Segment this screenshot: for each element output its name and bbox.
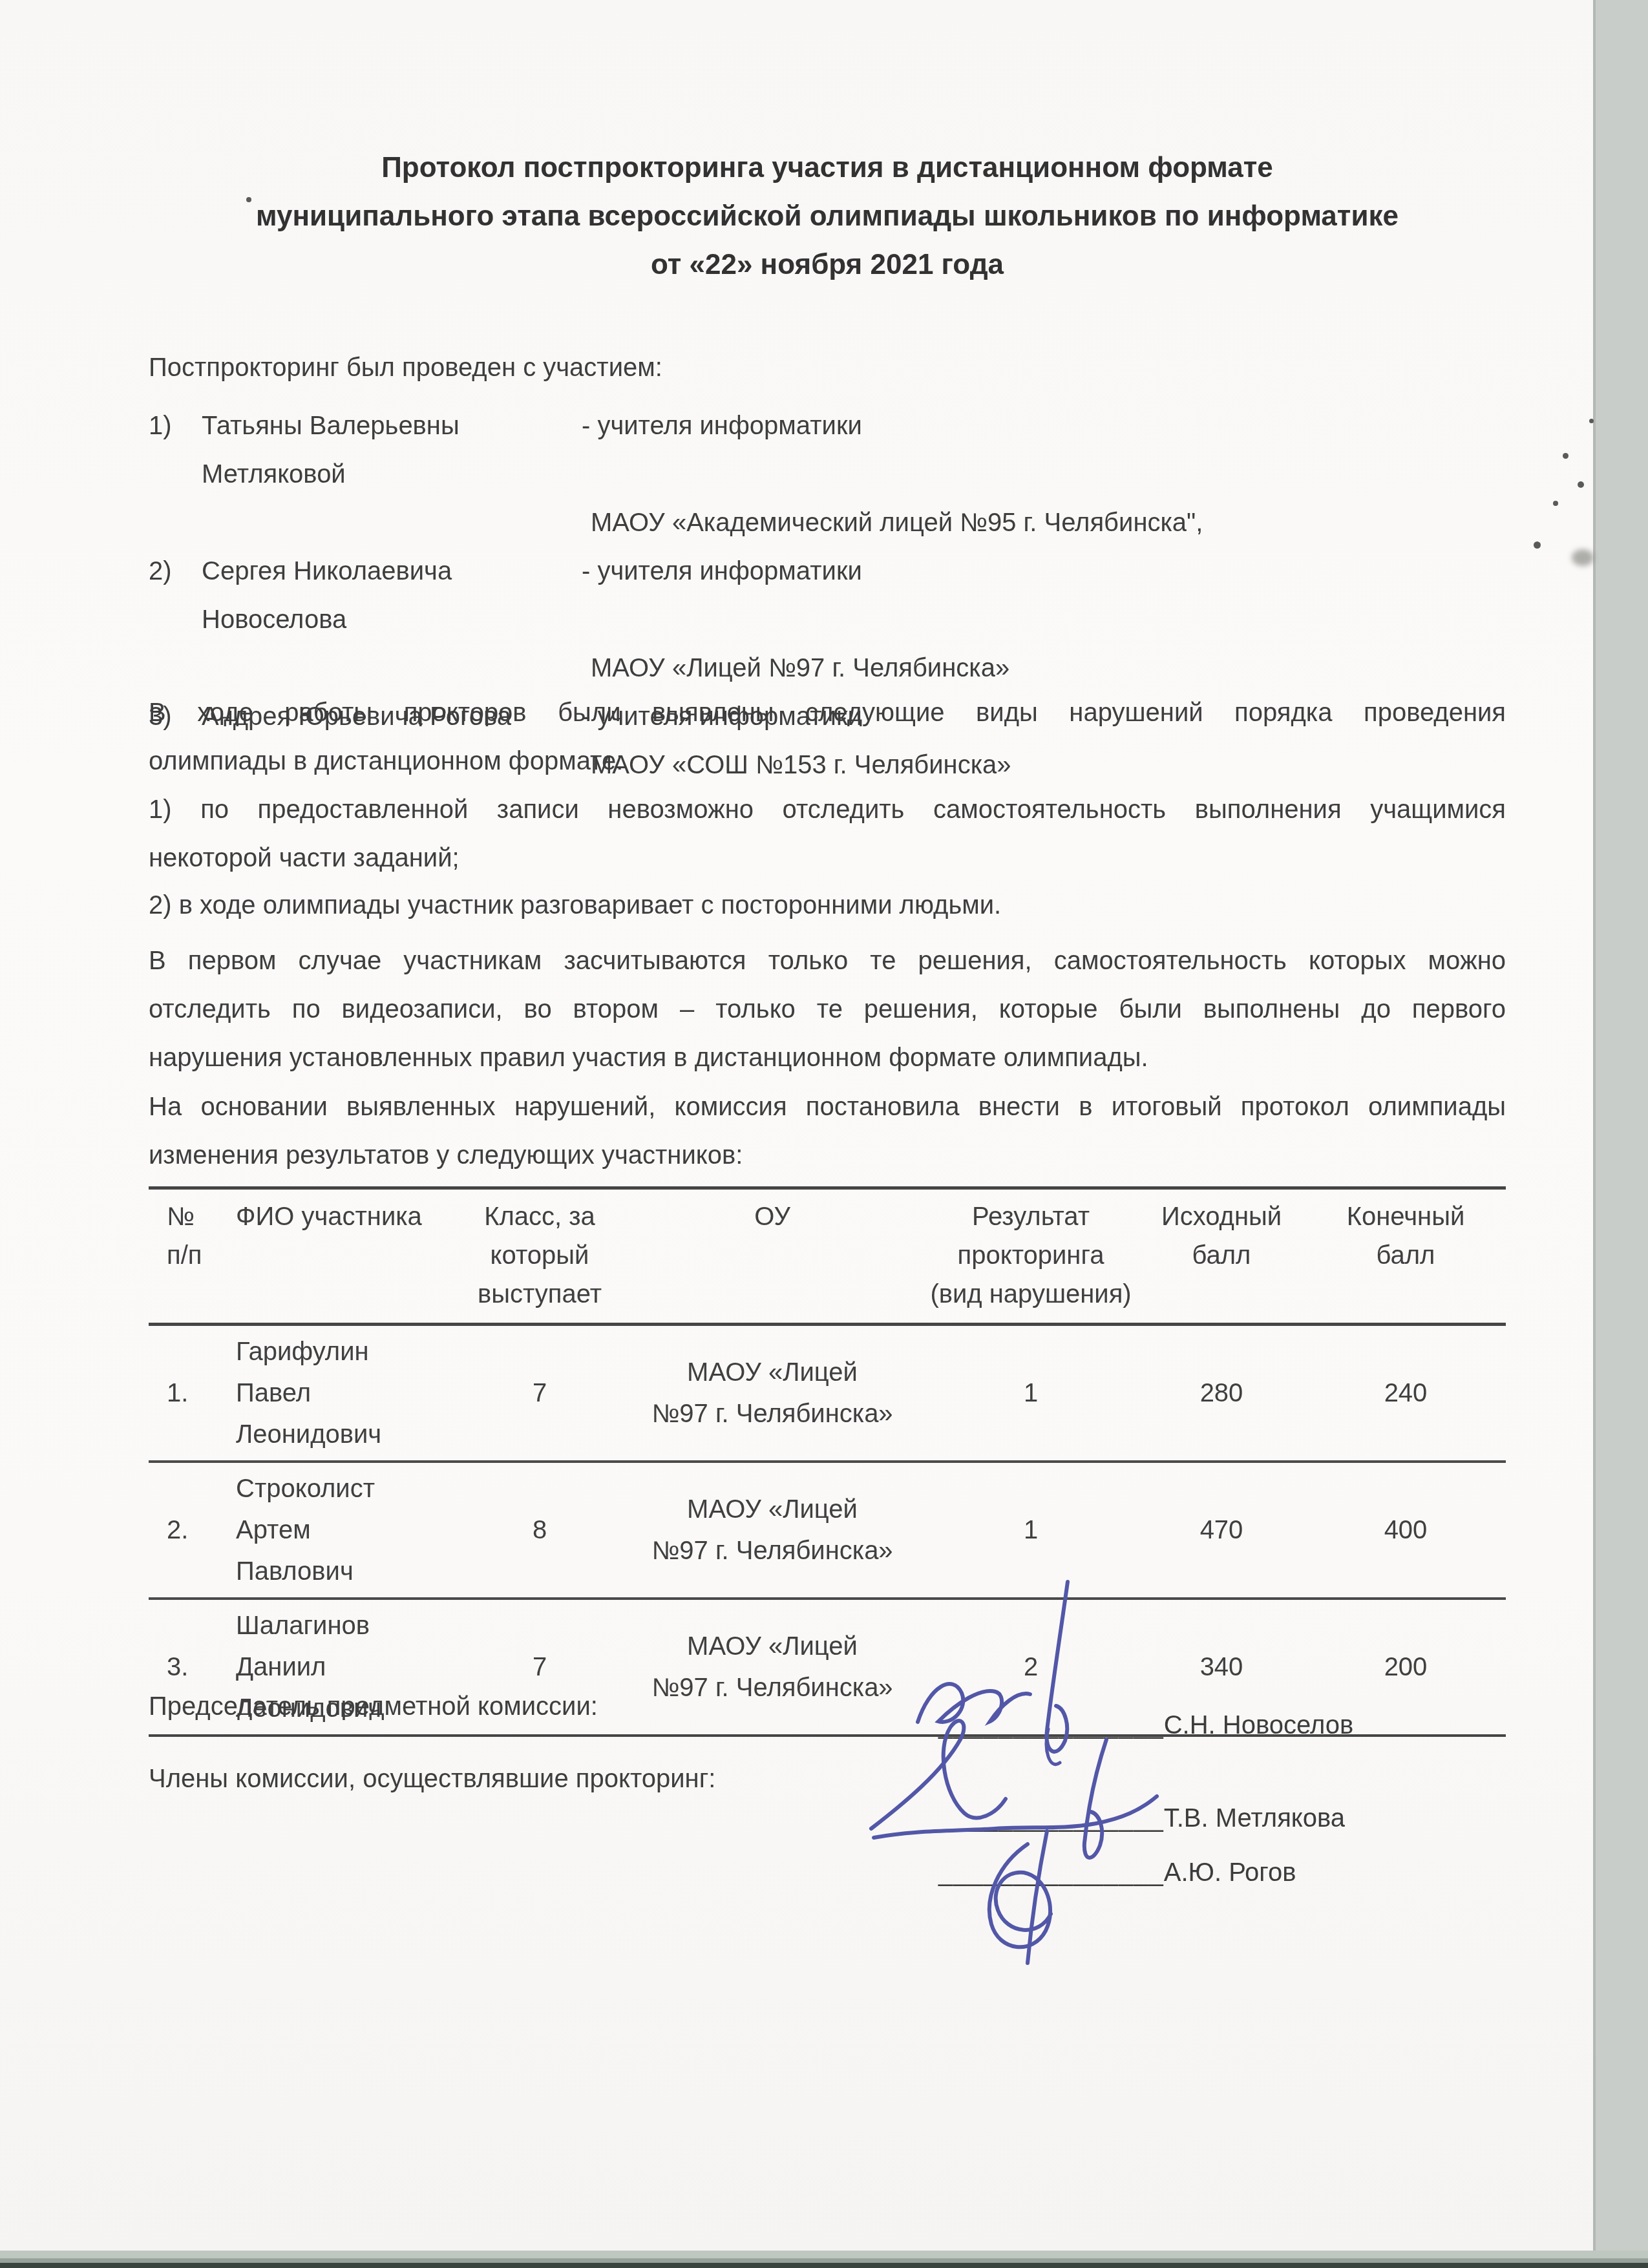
header-num: № п/п: [149, 1197, 236, 1314]
scanned-document: Протокол постпрокторинга участия в диста…: [0, 0, 1648, 2268]
title-line-1: Протокол постпрокторинга участия в диста…: [149, 143, 1506, 192]
paragraph-line: На основании выявленных нарушений, комис…: [149, 1083, 1506, 1131]
member1-name: Т.В. Метлякова: [1164, 1804, 1345, 1832]
row-ou: МАОУ «Лицей №97 г. Челябинска»: [620, 1489, 924, 1571]
signature-underline: _______________: [938, 1804, 1164, 1832]
row-final: 200: [1305, 1646, 1506, 1688]
document-title: Протокол постпрокторинга участия в диста…: [149, 143, 1506, 289]
paragraph-line: нарушения установленных правил участия в…: [149, 1034, 1506, 1082]
header-ou: ОУ: [620, 1197, 924, 1314]
consequences-paragraph: В первом случае участникам засчитываются…: [149, 937, 1506, 1082]
toner-speck: [1534, 541, 1541, 549]
chair-name: С.Н. Новоселов: [1164, 1711, 1354, 1739]
toner-speck: [246, 197, 251, 202]
participant-school: МАОУ «Лицей №97 г. Челябинска»: [582, 644, 1506, 693]
header-final: Конечный балл: [1305, 1197, 1506, 1314]
paragraph-line: 1) по предоставленной записи невозможно …: [149, 786, 1506, 834]
signature-underline: _______________: [938, 1711, 1164, 1739]
members-label: Члены комиссии, осуществлявшие прокторин…: [149, 1755, 715, 1803]
paragraph-line: изменения результатов у следующих участн…: [149, 1131, 1506, 1180]
participant-role: - учителя информатики: [582, 402, 1506, 499]
toner-speck: [1553, 501, 1558, 506]
intro-text: Постпрокторинг был проведен с участием:: [149, 344, 662, 392]
signature-rogov-ink: [945, 1823, 1126, 1979]
chair-signature-line: _______________С.Н. Новоселов: [938, 1711, 1353, 1740]
participant-school: МАОУ «Академический лицей №95 г. Челябин…: [582, 499, 1506, 547]
scan-bottom-edge-dark: [0, 2263, 1648, 2268]
row-fio: Строколист Артем Павлович: [236, 1468, 459, 1592]
row-fio: Гарифулин Павел Леонидович: [236, 1331, 459, 1455]
title-line-3: от «22» ноября 2021 года: [149, 240, 1506, 289]
row-grade: 7: [459, 1646, 620, 1688]
paragraph-line: 2) в ходе олимпиады участник разговарива…: [149, 881, 1506, 930]
row-result: 1: [924, 1509, 1137, 1551]
header-result: Результат прокторинга (вид нарушения): [924, 1197, 1137, 1314]
paper-sheet: Протокол постпрокторинга участия в диста…: [0, 0, 1596, 2251]
paragraph-line: В первом случае участникам засчитываются…: [149, 937, 1506, 985]
toner-speck: [1578, 481, 1584, 488]
member2-signature-line: _______________А.Ю. Рогов: [938, 1858, 1296, 1887]
decision-paragraph: На основании выявленных нарушений, комис…: [149, 1083, 1506, 1180]
toner-speck: [1563, 453, 1569, 459]
row-ou: МАОУ «Лицей №97 г. Челябинска»: [620, 1352, 924, 1434]
table-row: 1. Гарифулин Павел Леонидович 7 МАОУ «Ли…: [149, 1326, 1506, 1460]
results-table: № п/п ФИО участника Класс, за который вы…: [149, 1186, 1506, 1737]
participant-name: Сергея Николаевича Новоселова: [202, 547, 582, 644]
row-grade: 7: [459, 1372, 620, 1414]
row-result: 1: [924, 1372, 1137, 1414]
header-fio: ФИО участника: [236, 1197, 459, 1314]
toner-speck: [1589, 419, 1594, 423]
participant-role: - учителя информатики: [582, 547, 1506, 644]
member1-signature-line: _______________Т.В. Метлякова: [938, 1804, 1345, 1833]
row-final: 400: [1305, 1509, 1506, 1551]
paragraph-line: В ходе работы прокторов были выявлены сл…: [149, 689, 1506, 737]
table-header-row: № п/п ФИО участника Класс, за который вы…: [149, 1190, 1506, 1326]
chair-label: Председатель предметной комиссии:: [149, 1683, 598, 1731]
paragraph-line: отследить по видеозаписи, во втором – то…: [149, 985, 1506, 1034]
row-initial: 340: [1137, 1646, 1305, 1688]
participant-num: 1): [149, 402, 202, 499]
violations-intro-paragraph: В ходе работы прокторов были выявлены сл…: [149, 689, 1506, 786]
signature-underline: _______________: [938, 1858, 1164, 1887]
paragraph-line: некоторой части заданий;: [149, 834, 1506, 883]
row-result: 2: [924, 1646, 1137, 1688]
participant-name: Татьяны Валерьевны Метляковой: [202, 402, 582, 499]
violation-2-paragraph: 2) в ходе олимпиады участник разговарива…: [149, 881, 1506, 930]
row-num: 1.: [149, 1379, 236, 1408]
member2-name: А.Ю. Рогов: [1164, 1858, 1296, 1887]
violation-1-paragraph: 1) по предоставленной записи невозможно …: [149, 786, 1506, 883]
row-ou: МАОУ «Лицей №97 г. Челябинска»: [620, 1626, 924, 1708]
row-num: 3.: [149, 1653, 236, 1682]
scan-bottom-edge-mid: [0, 2258, 1648, 2263]
row-final: 240: [1305, 1372, 1506, 1414]
row-num: 2.: [149, 1516, 236, 1545]
row-initial: 280: [1137, 1372, 1305, 1414]
row-initial: 470: [1137, 1509, 1305, 1551]
row-grade: 8: [459, 1509, 620, 1551]
scan-bottom-edge-light: [0, 2251, 1648, 2258]
title-line-2: муниципального этапа всероссийской олимп…: [149, 192, 1506, 240]
table-row: 2. Строколист Артем Павлович 8 МАОУ «Лиц…: [149, 1460, 1506, 1597]
paragraph-line: олимпиады в дистанционном формате:: [149, 737, 1506, 786]
header-grade: Класс, за который выступает: [459, 1197, 620, 1314]
participant-num: 2): [149, 547, 202, 644]
header-initial: Исходный балл: [1137, 1197, 1305, 1314]
toner-smudge: [1572, 549, 1594, 566]
